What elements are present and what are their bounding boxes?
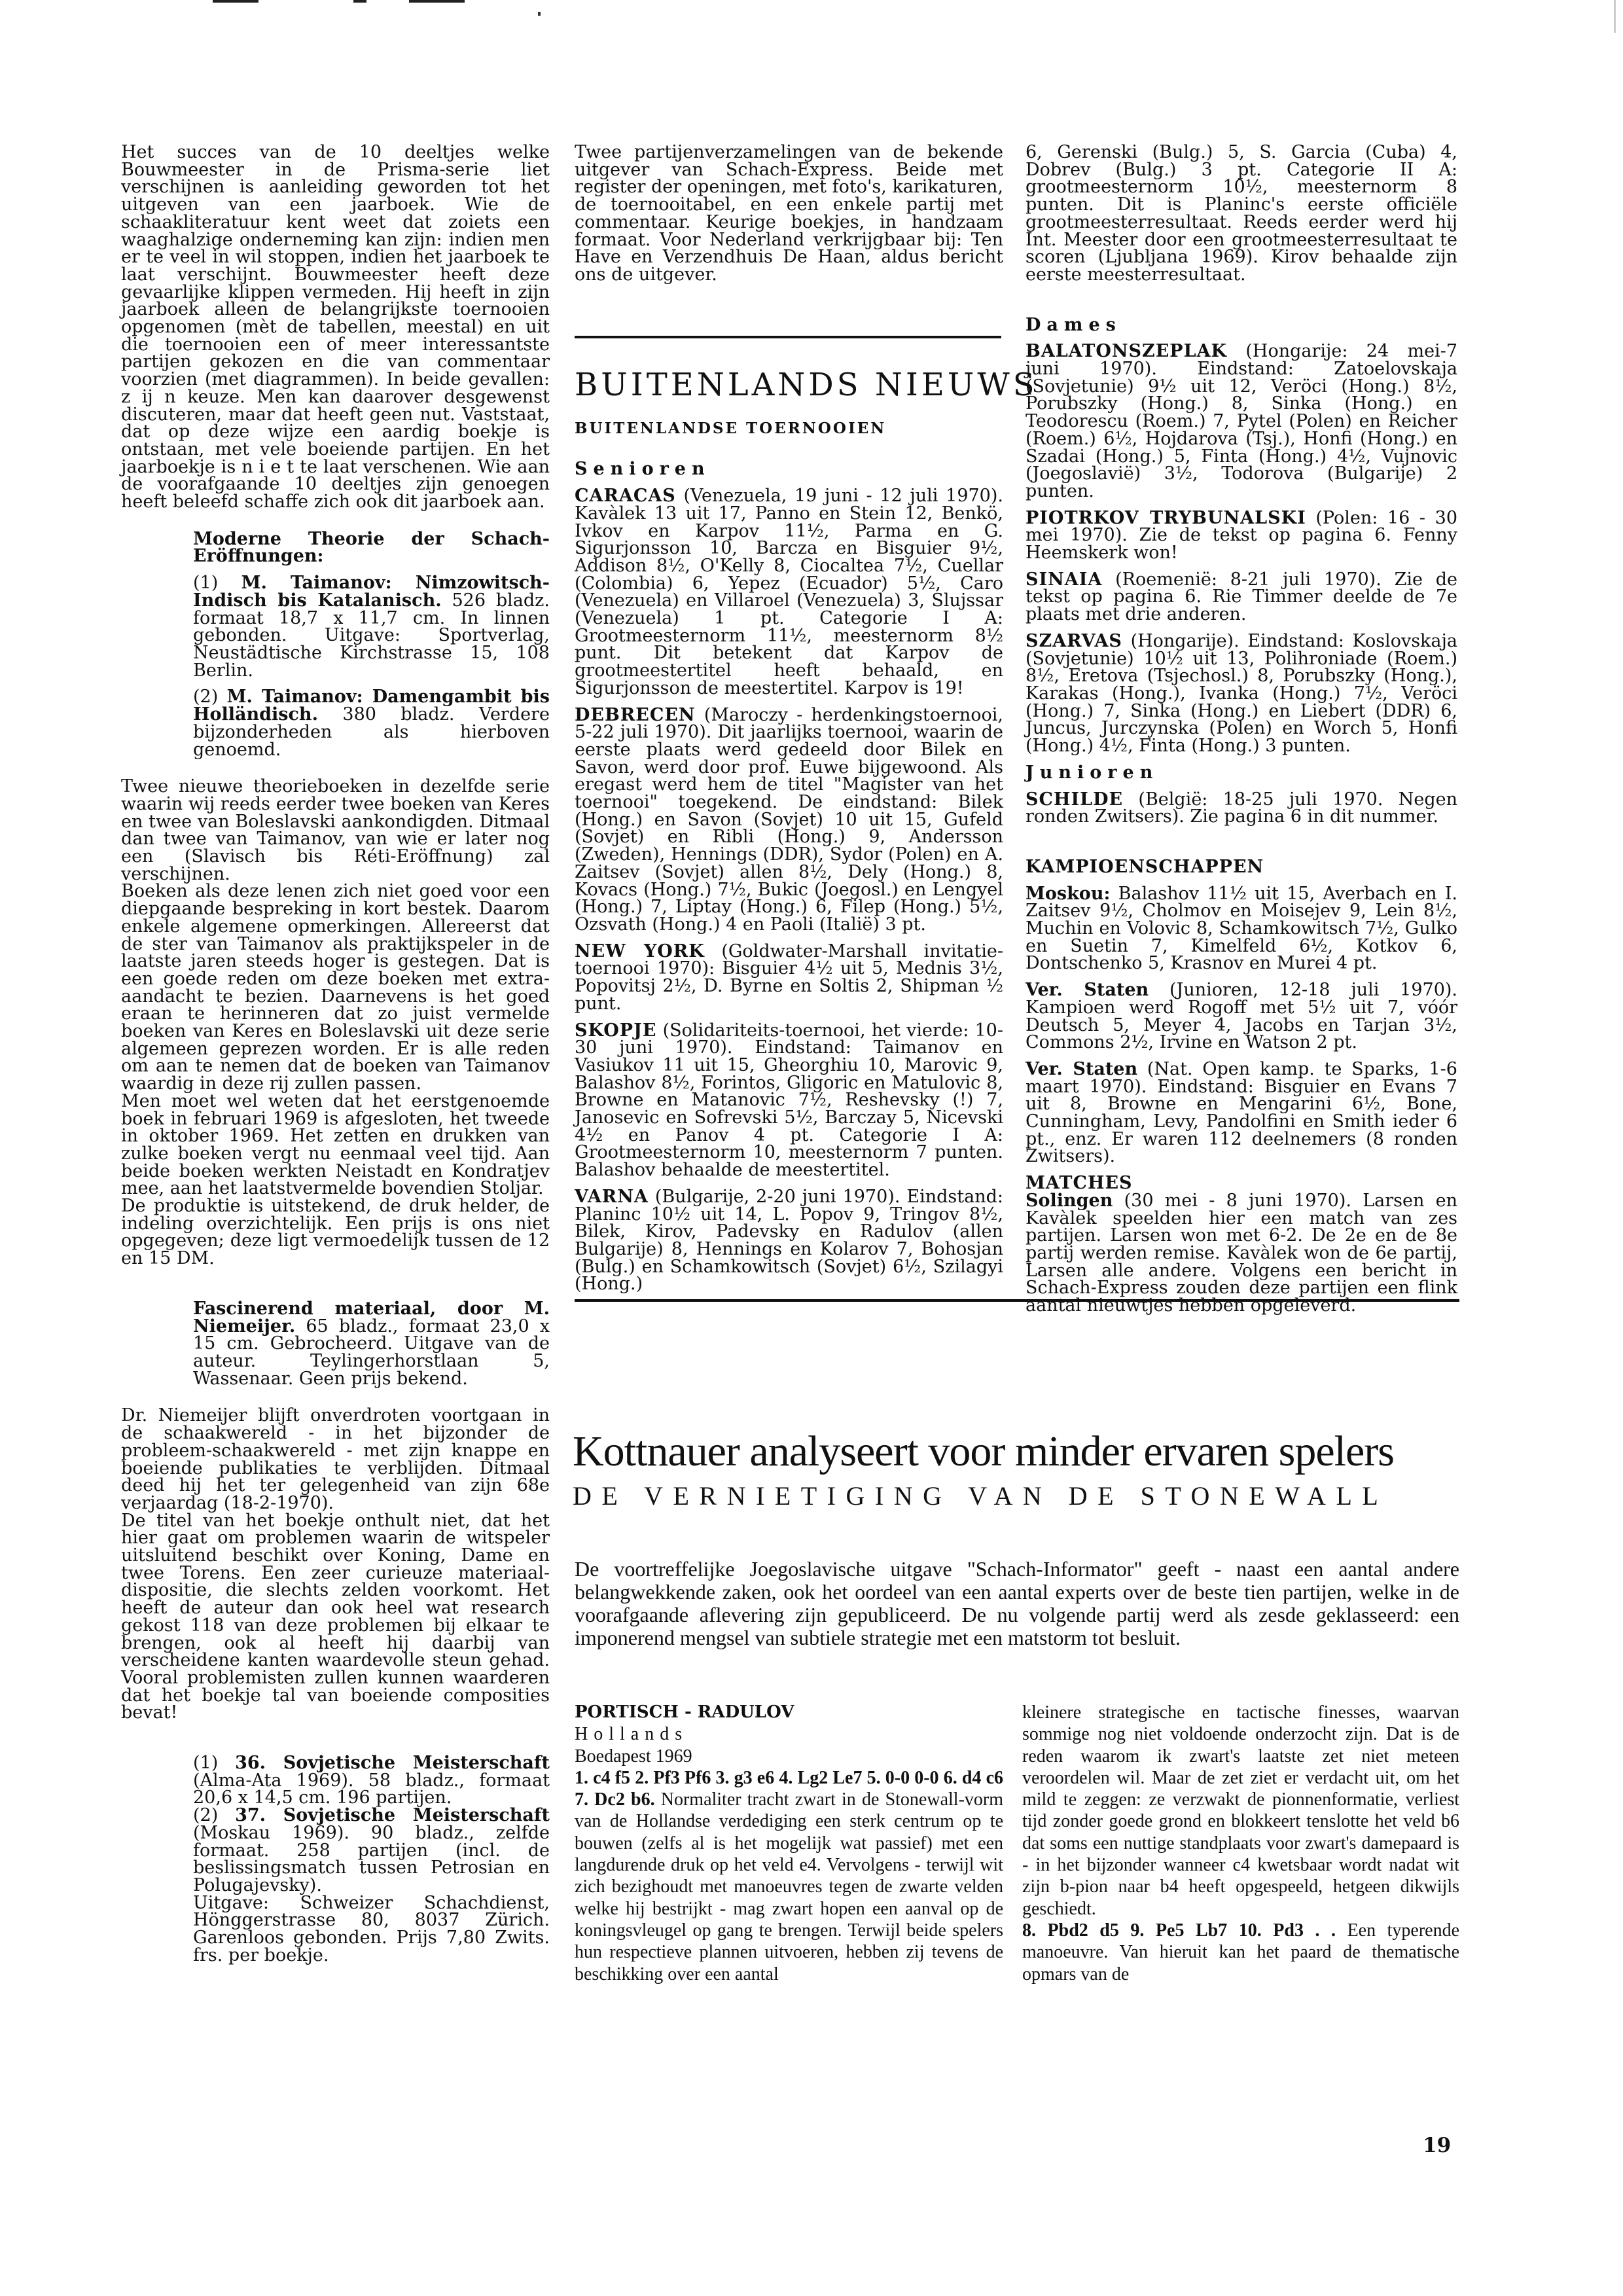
page-edge (1614, 0, 1616, 33)
article-intro: De voortreffelijke Joegoslavische uitgav… (575, 1558, 1459, 1649)
tournament-entry: CARACAS (Venezuela, 19 juni - 12 juli 19… (575, 488, 1003, 697)
tournament-entry: PIOTRKOV TRYBUNALSKI (Polen: 16 - 30 mei… (1026, 510, 1457, 562)
book-entry: (2) 37. Sovjetische Meisterschaft (Moska… (193, 1807, 550, 1895)
tournament-entry-continued: 6, Gerenski (Bulg.) 5, S. Garcia (Cuba) … (1026, 144, 1457, 284)
game-annotation-left: PORTISCH - RADULOV Hollands Boedapest 19… (575, 1702, 1003, 1985)
subsection-title: BUITENLANDSE TOERNOOIEN (575, 420, 1003, 438)
scan-marks (213, 0, 468, 4)
column-2: Twee partijenverzamelingen van de bekend… (575, 144, 1003, 284)
article-subheadline: DE VERNIETIGING VAN DE STONEWALL (573, 1480, 1463, 1511)
foreign-news-section: BUITENLANDS NIEUWS BUITENLANDSE TOERNOOI… (575, 376, 1003, 1293)
tournament-entry: DEBRECEN (Maroczy - herdenkingstoernooi,… (575, 707, 1003, 934)
tournament-entry: SINAIA (Roemenië: 8-21 juli 1970). Zie d… (1026, 571, 1457, 624)
matches-heading: MATCHES (1026, 1175, 1457, 1193)
tournament-entry: SCHILDE (België: 18-25 juli 1970. Negen … (1026, 791, 1457, 826)
review-paragraph: De titel van het boekje onthult niet, da… (121, 1513, 550, 1722)
championships-heading: KAMPIOENSCHAPPEN (1026, 859, 1457, 876)
game-annotation-right: kleinere strategische en tactische fines… (1022, 1702, 1459, 1985)
tournament-entry: BALATONSZEPLAK (Hongarije: 24 mei-7 juni… (1026, 343, 1457, 500)
review-paragraph: Twee nieuwe theorieboeken in dezelfde se… (121, 778, 550, 883)
championship-entry: Ver. Staten (Junioren, 12-18 juli 1970).… (1026, 982, 1457, 1052)
column-1: Het succes van de 10 deeltjes welke Bouw… (121, 144, 550, 1965)
review-paragraph: Boeken als deze lenen zich niet goed voo… (121, 883, 550, 1092)
match-entry: Solingen (30 mei - 8 juni 1970). Larsen … (1026, 1193, 1457, 1315)
game-opening: Hollands (575, 1723, 1003, 1745)
publisher-info: Uitgave: Schweizer Schachdienst, Höngger… (193, 1895, 550, 1965)
book-entry: Fascinerend materiaal, door M. Niemeijer… (193, 1300, 550, 1388)
section-title: BUITENLANDS NIEUWS (575, 376, 1003, 394)
page-number: 19 (1423, 2134, 1451, 2157)
divider-rule (575, 1299, 1459, 1302)
review-paragraph: Dr. Niemeijer blijft onverdroten voortga… (121, 1407, 550, 1512)
tournament-entry: SZARVAS (Hongarije). Eindstand: Koslovsk… (1026, 633, 1457, 755)
book-entry: (1) M. Taimanov: Nimzowitsch-Indisch bis… (193, 575, 550, 679)
game-location: Boedapest 1969 (575, 1746, 1003, 1767)
tournament-entry: SKOPJE (Solidariteits-toernooi, het vier… (575, 1022, 1003, 1179)
category-heading: Dames (1026, 317, 1457, 334)
divider-rule (575, 336, 1001, 338)
book-entry: (2) M. Taimanov: Damengambit bis Holländ… (193, 689, 550, 759)
championship-entry: Moskou: Balashov 11½ uit 15, Averbach en… (1026, 886, 1457, 973)
game-players: PORTISCH - RADULOV (575, 1702, 1003, 1723)
game-commentary: kleinere strategische en tactische fines… (1022, 1702, 1459, 1920)
tournament-entry: NEW YORK (Goldwater-Marshall invitatie-t… (575, 943, 1003, 1013)
book-series-title: Moderne Theorie der Schach-Eröffnungen: (193, 531, 550, 565)
book-review-text: Twee partijenverzamelingen van de bekend… (575, 144, 1003, 284)
tournament-entry: VARNA (Bulgarije, 2-20 juni 1970). Einds… (575, 1189, 1003, 1293)
category-heading: Senioren (575, 461, 1003, 478)
article-headline: Kottnauer analyseert voor minder ervaren… (573, 1426, 1463, 1478)
category-heading: Junioren (1026, 764, 1457, 782)
game-moves: 1. c4 f5 2. Pf3 Pf6 3. g3 e6 4. Lg2 Le7 … (575, 1767, 1003, 1985)
game-moves: 8. Pbd2 d5 9. Pe5 Lb7 10. Pd3 . . Een ty… (1022, 1920, 1459, 1985)
championship-entry: Ver. Staten (Nat. Open kamp. te Sparks, … (1026, 1061, 1457, 1166)
book-entry: (1) 36. Sovjetische Meisterschaft (Alma-… (193, 1755, 550, 1807)
review-paragraph: Men moet wel weten dat het eerstgenoemde… (121, 1093, 550, 1198)
yearbook-review: Het succes van de 10 deeltjes welke Bouw… (121, 144, 550, 511)
scan-dot (538, 12, 541, 16)
review-paragraph: De produktie is uitstekend, de druk held… (121, 1198, 550, 1268)
column-3: 6, Gerenski (Bulg.) 5, S. Garcia (Cuba) … (1026, 144, 1457, 1315)
